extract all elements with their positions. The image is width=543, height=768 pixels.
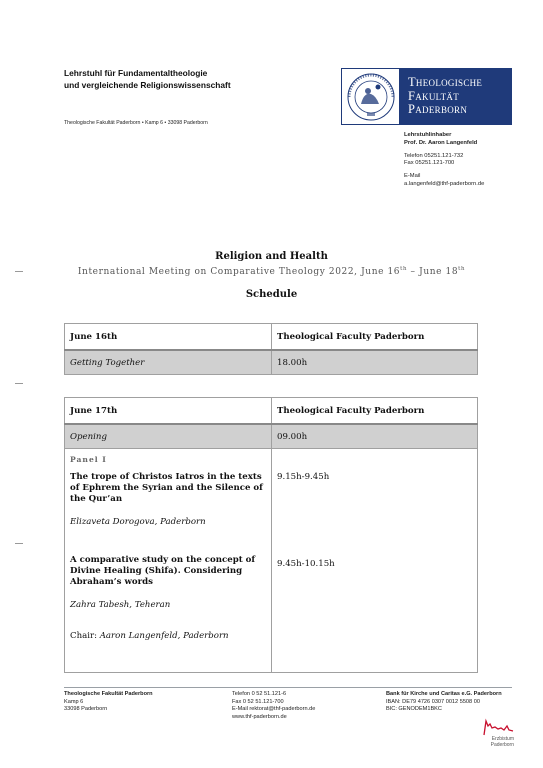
footer-email[interactable]: E-Mail rektorat@thf-paderborn.de bbox=[232, 706, 315, 714]
event-name: Getting Together bbox=[65, 350, 272, 375]
footer-org: Theologische Fakultät Paderborn bbox=[64, 691, 153, 699]
chair-line-2: und vergleichende Religionswissenschaft bbox=[64, 80, 231, 92]
day-date: June 16th bbox=[65, 324, 272, 351]
event-time: 18.00h bbox=[272, 350, 478, 375]
talk-author: Zahra Tabesh, Teheran bbox=[70, 600, 266, 610]
logo-line-3: Paderborn bbox=[408, 103, 511, 117]
talk-time: 9.45h-10.15h bbox=[277, 559, 472, 569]
table-header-row: June 17th Theological Faculty Paderborn bbox=[65, 398, 478, 425]
footer-bank-name: Bank für Kirche und Caritas e.G. Paderbo… bbox=[386, 691, 502, 699]
day-venue: Theological Faculty Paderborn bbox=[272, 324, 478, 351]
faculty-logo: Theologische Fakultät Paderborn bbox=[341, 68, 512, 125]
footer-address: Theologische Fakultät Paderborn Kamp 6 3… bbox=[64, 691, 153, 714]
table-header-row: June 16th Theological Faculty Paderborn bbox=[65, 324, 478, 351]
logo-wordmark: Theologische Fakultät Paderborn bbox=[399, 69, 511, 124]
logo-line-2: Fakultät bbox=[408, 90, 511, 104]
erzbistum-logo: Erzbistum Paderborn bbox=[482, 718, 516, 758]
sender-address: Theologische Fakultät Paderborn • Kamp 6… bbox=[64, 120, 208, 126]
fold-mark bbox=[15, 383, 23, 384]
day-venue: Theological Faculty Paderborn bbox=[272, 398, 478, 425]
schedule-table-day2: June 17th Theological Faculty Paderborn … bbox=[64, 397, 478, 673]
contact-email[interactable]: a.langenfeld@thf-paderborn.de bbox=[404, 181, 484, 189]
table-row: Opening 09.00h bbox=[65, 424, 478, 449]
footer-bic: BIC: GENODEM1BKC bbox=[386, 706, 502, 714]
chair-line-1: Lehrstuhl für Fundamentaltheologie bbox=[64, 68, 231, 80]
footer-website[interactable]: www.thf-paderborn.de bbox=[232, 714, 315, 722]
footer-fax: Fax 0 52 51.121-700 bbox=[232, 699, 315, 707]
contact-role: Lehrstuhlinhaber bbox=[404, 132, 484, 140]
fold-mark bbox=[15, 543, 23, 544]
footer-bank: Bank für Kirche und Caritas e.G. Paderbo… bbox=[386, 691, 502, 714]
table-row: Getting Together 18.00h bbox=[65, 350, 478, 375]
chair-name: Lehrstuhl für Fundamentaltheologie und v… bbox=[64, 68, 231, 91]
contact-fax: Fax 05251.121-700 bbox=[404, 160, 484, 168]
talk-author: Elizaveta Dorogova, Paderborn bbox=[70, 517, 266, 527]
talk-time: 9.15h-9.45h bbox=[277, 472, 472, 482]
panel-times: 9.15h-9.45h 9.45h-10.15h bbox=[272, 449, 478, 673]
schedule-table-day1: June 16th Theological Faculty Paderborn … bbox=[64, 323, 478, 375]
day-date: June 17th bbox=[65, 398, 272, 425]
footer-city: 33098 Paderborn bbox=[64, 706, 153, 714]
schedule-heading: Schedule bbox=[0, 289, 543, 300]
contact-block: Lehrstuhlinhaber Prof. Dr. Aaron Langenf… bbox=[404, 132, 484, 189]
logo-line-1: Theologische bbox=[408, 76, 511, 90]
table-row-panel: Panel I The trope of Christos Iatros in … bbox=[65, 449, 478, 673]
seal-icon bbox=[342, 69, 399, 124]
panel-cell: Panel I The trope of Christos Iatros in … bbox=[65, 449, 272, 673]
footer-divider bbox=[64, 687, 512, 688]
document-subtitle: International Meeting on Comparative The… bbox=[0, 266, 543, 277]
panel-chair: Chair: Aaron Langenfeld, Paderborn bbox=[70, 631, 266, 641]
contact-email-label: E-Mail bbox=[404, 173, 484, 181]
panel-label: Panel I bbox=[70, 455, 266, 464]
erzbistum-icon bbox=[482, 718, 516, 736]
document-title: Religion and Health bbox=[0, 251, 543, 262]
event-time: 09.00h bbox=[272, 424, 478, 449]
talk-title: A comparative study on the concept of Di… bbox=[70, 555, 266, 588]
footer-iban: IBAN: DE79 4726 0307 0012 5508 00 bbox=[386, 699, 502, 707]
event-name: Opening bbox=[65, 424, 272, 449]
talk-title: The trope of Christos Iatros in the text… bbox=[70, 472, 266, 505]
contact-phone: Telefon 05251.121-732 bbox=[404, 153, 484, 161]
footer-street: Kamp 6 bbox=[64, 699, 153, 707]
erzbistum-line-2: Paderborn bbox=[491, 742, 514, 748]
footer-contact: Telefon 0 52 51.121-6 Fax 0 52 51.121-70… bbox=[232, 691, 315, 721]
footer-phone: Telefon 0 52 51.121-6 bbox=[232, 691, 315, 699]
contact-name: Prof. Dr. Aaron Langenfeld bbox=[404, 140, 484, 148]
